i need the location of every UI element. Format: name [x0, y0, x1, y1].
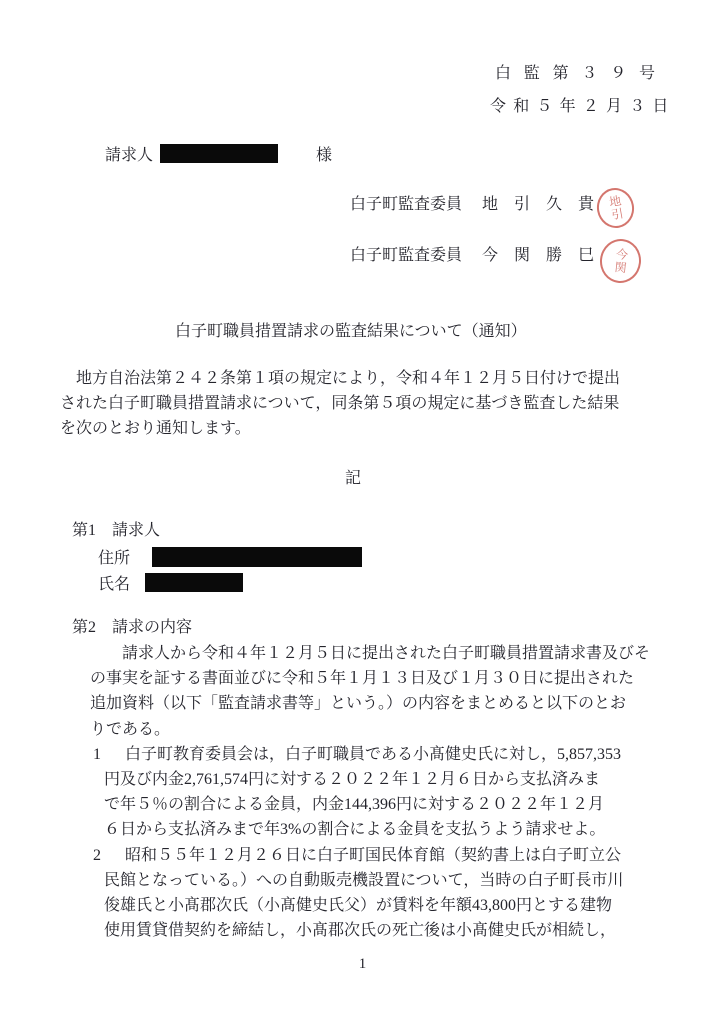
text-line: 民館となっている。）への自動販売機設置について，当時の白子町長市川: [104, 868, 650, 893]
item-1-number: 1: [93, 742, 125, 767]
text-line: 使用賃貸借契約を締結し，小髙郡次氏の死亡後は小髙健史氏が相続し，: [104, 918, 650, 943]
text-line: で年５％の割合による金員，内金144,396円に対する２０２２年１２月: [104, 792, 650, 817]
text-line: 円及び内金2,761,574円に対する２０２２年１２月６日から支払済みま: [104, 767, 650, 792]
page-number: 1: [0, 952, 725, 977]
section-1-heading: 第1 請求人: [72, 518, 160, 543]
claim-item-2: 2昭和５５年１２月２６日に白子町国民体育館（契約書上は白子町立公 民館となってい…: [90, 843, 650, 944]
ki-marker: 記: [345, 466, 361, 491]
seal-2-text: 今関: [613, 247, 628, 274]
redaction-bar-recipient-name: [160, 144, 278, 163]
section-2-body: 請求人から令和４年１２月５日に提出された白子町職員措置請求書及びそ の事実を証す…: [90, 641, 650, 943]
signer-1-name: 地 引 久 貴: [482, 196, 594, 213]
signer-2-name: 今 関 勝 巳: [482, 247, 594, 264]
text-line: 追加資料（以下「監査請求書等」という。）の内容をまとめると以下のとお: [90, 691, 650, 716]
item-1-line-1: 白子町教育委員会は，白子町職員である小髙健史氏に対し，5,857,353: [125, 746, 621, 763]
text-line: 2昭和５５年１２月２６日に白子町国民体育館（契約書上は白子町立公: [93, 843, 650, 868]
claim-item-1: 1白子町教育委員会は，白子町職員である小髙健史氏に対し，5,857,353 円及…: [90, 742, 650, 843]
seal-1-text: 地引: [607, 194, 624, 222]
address-row: 住所: [98, 544, 362, 569]
recipient-line: 請求人 様: [105, 141, 332, 166]
signer-line-2: 白子町監査委員今 関 勝 巳: [350, 243, 594, 268]
text-line: を次のとおり通知します。: [60, 416, 620, 441]
red-seal-stamp-1: 地引: [594, 185, 637, 231]
text-line: 請求人から令和４年１２月５日に提出された白子町職員措置請求書及びそ: [90, 641, 650, 666]
redaction-bar-name: [145, 573, 243, 592]
name-row: 氏名: [98, 570, 243, 595]
text-line: りである。: [90, 717, 650, 742]
scanned-audit-notice-page: 白監第３９号 令和５年２月３日 請求人 様 白子町監査委員地 引 久 貴 地引 …: [0, 0, 725, 1024]
document-number: 白監第３９号: [495, 61, 668, 86]
text-line: 俊雄氏と小髙郡次氏（小髙健史氏父）が賃料を年額43,800円とする建物: [104, 893, 650, 918]
text-line: の事実を証する書面並びに令和５年１月１３日及び１月３０日に提出された: [90, 666, 650, 691]
address-label: 住所: [98, 545, 130, 568]
redaction-bar-address: [152, 547, 362, 567]
name-label: 氏名: [98, 571, 130, 594]
document-date: 令和５年２月３日: [490, 94, 676, 119]
item-2-number: 2: [93, 843, 125, 868]
signer-1-title: 白子町監査委員: [350, 196, 462, 213]
red-seal-stamp-2: 今関: [598, 237, 643, 285]
section-2-heading: 第2 請求の内容: [72, 615, 192, 640]
recipient-honorific: 様: [316, 142, 332, 165]
signer-line-1: 白子町監査委員地 引 久 貴: [350, 192, 594, 217]
document-title: 白子町職員措置請求の監査結果について（通知）: [175, 319, 527, 344]
intro-paragraph: 地方自治法第２４２条第１項の規定により，令和４年１２月５日付けで提出 された白子…: [60, 366, 620, 442]
recipient-label: 請求人: [105, 142, 153, 165]
text-line: された白子町職員措置請求について，同条第５項の規定に基づき監査した結果: [60, 391, 620, 416]
text-line: 地方自治法第２４２条第１項の規定により，令和４年１２月５日付けで提出: [60, 366, 620, 391]
signer-2-title: 白子町監査委員: [350, 247, 462, 264]
item-2-line-1: 昭和５５年１２月２６日に白子町国民体育館（契約書上は白子町立公: [125, 847, 621, 864]
text-line: ６日から支払済みまで年3%の割合による金員を支払うよう請求せよ。: [104, 817, 650, 842]
text-line: 1白子町教育委員会は，白子町職員である小髙健史氏に対し，5,857,353: [93, 742, 650, 767]
